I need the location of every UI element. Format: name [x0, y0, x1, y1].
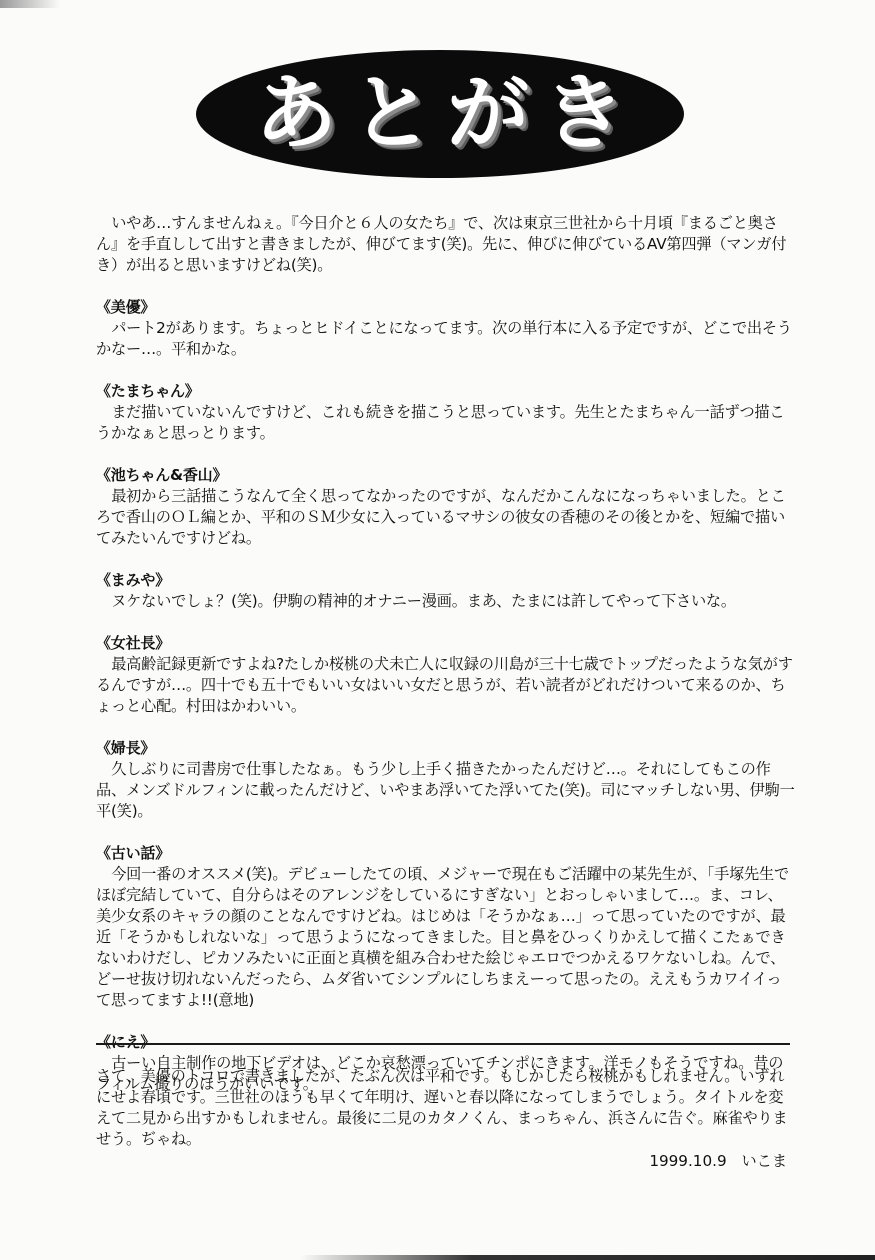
- section-onna-shacho: 《女社長》 最高齢記録更新ですよね?たしか桜桃の犬未亡人に収録の川島が三十七歳で…: [96, 633, 796, 717]
- section-body: パート2があります。ちょっとヒドイことになってます。次の単行本に入る予定ですが、…: [96, 318, 796, 360]
- scan-shadow-bottom: [300, 1255, 875, 1260]
- signature: 1999.10.9 いこま: [649, 1151, 787, 1172]
- section-tama-chan: 《たまちゃん》 まだ描いていないんですけど、これも続きを描こうと思っています。先…: [96, 381, 796, 444]
- section-body: ヌケないでしょ？(笑)。伊駒の精神的オナニー漫画。まあ、たまには許してやって下さ…: [96, 591, 796, 612]
- section-miyu: 《美優》 パート2があります。ちょっとヒドイことになってます。次の単行本に入る予…: [96, 297, 796, 360]
- section-heading: 《古い話》: [96, 843, 796, 864]
- section-furui-hanashi: 《古い話》 今回一番のオススメ(笑)。デビューしたての頃、メジャーで現在もご活躍…: [96, 843, 796, 1011]
- title-oval-banner: あとがき: [196, 50, 684, 178]
- section-body: 最初から三話描こうなんて全く思ってなかったのですが、なんだかこんなになっちゃいま…: [96, 486, 796, 549]
- signature-date: 1999.10.9: [649, 1152, 726, 1170]
- section-divider-rule: [96, 1043, 790, 1045]
- section-heading: 《たまちゃん》: [96, 381, 796, 402]
- scan-shadow-top-left: [0, 0, 60, 8]
- section-heading: 《婦長》: [96, 738, 796, 759]
- section-heading: 《美優》: [96, 297, 796, 318]
- section-body: 今回一番のオススメ(笑)。デビューしたての頃、メジャーで現在もご活躍中の某先生が…: [96, 864, 796, 1011]
- section-heading: 《まみや》: [96, 570, 796, 591]
- intro-paragraph: いやあ…すんませんねぇ。『今日介と６人の女たち』で、次は東京三世社から十月頃『ま…: [96, 213, 796, 276]
- section-mamiya: 《まみや》 ヌケないでしょ？(笑)。伊駒の精神的オナニー漫画。まあ、たまには許し…: [96, 570, 796, 612]
- section-ike-chan-kayama: 《池ちゃん&香山》 最初から三話描こうなんて全く思ってなかったのですが、なんだか…: [96, 465, 796, 549]
- section-heading: 《池ちゃん&香山》: [96, 465, 796, 486]
- signature-author: いこま: [741, 1152, 787, 1170]
- section-body: 最高齢記録更新ですよね?たしか桜桃の犬未亡人に収録の川島が三十七歳でトップだった…: [96, 654, 796, 717]
- section-fucho: 《婦長》 久しぶりに司書房で仕事したなぁ。もう少し上手く描きたかったんだけど…。…: [96, 738, 796, 822]
- closing-note: さて、美優のトコロで書きましたが、たぶん次は平和です。もしかしたら桜桃かもしれま…: [96, 1066, 796, 1150]
- section-heading: 《女社長》: [96, 633, 796, 654]
- afterword-body: いやあ…すんませんねぇ。『今日介と６人の女たち』で、次は東京三世社から十月頃『ま…: [96, 213, 796, 1095]
- section-body: まだ描いていないんですけど、これも続きを描こうと思っています。先生とたまちゃん一…: [96, 402, 796, 444]
- closing-paragraph: さて、美優のトコロで書きましたが、たぶん次は平和です。もしかしたら桜桃かもしれま…: [96, 1066, 796, 1150]
- section-body: 久しぶりに司書房で仕事したなぁ。もう少し上手く描きたかったんだけど…。それにして…: [96, 759, 796, 822]
- page-title: あとがき: [255, 73, 639, 155]
